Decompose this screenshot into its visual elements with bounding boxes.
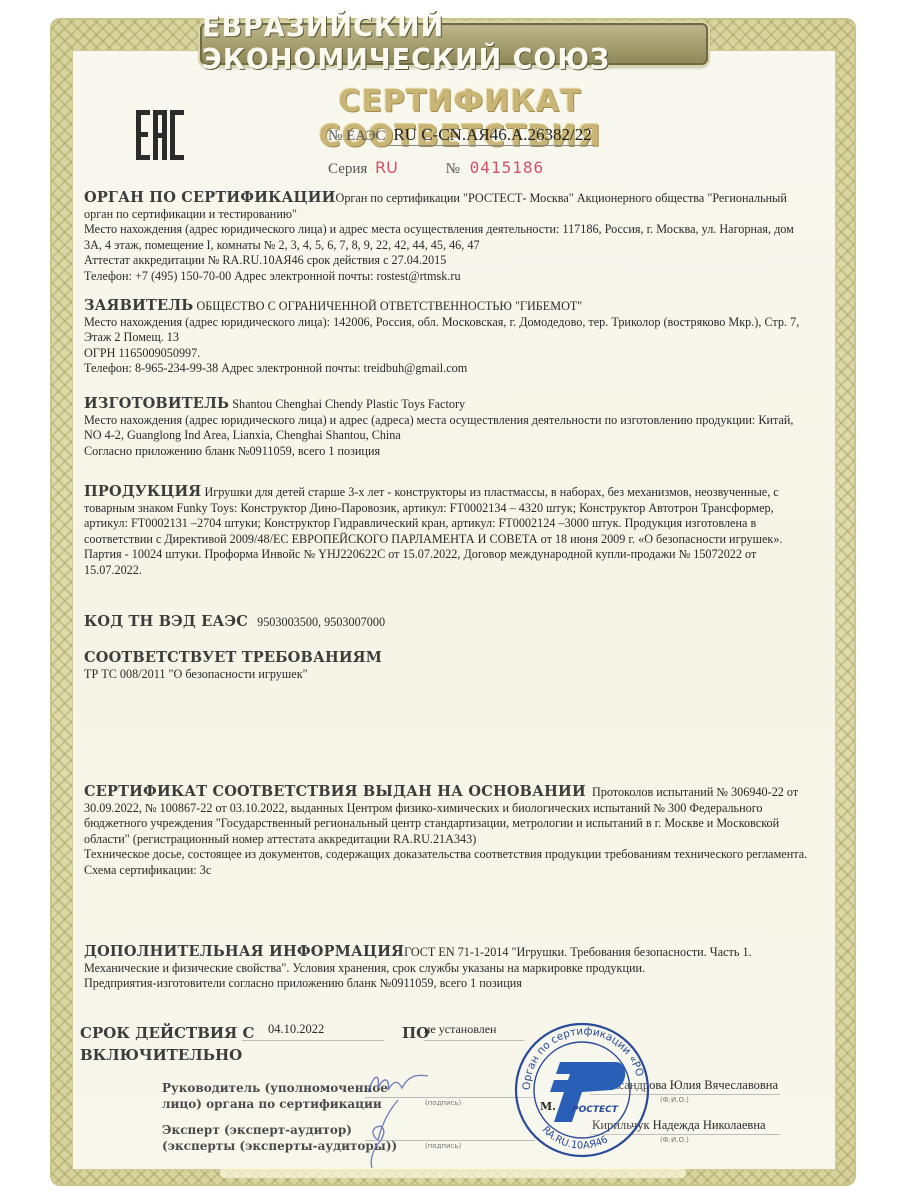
section-product: ПРОДУКЦИЯ Игрушки для детей старше 3-х л… — [82, 484, 812, 578]
validity-from-label: СРОК ДЕЙСТВИЯ С — [80, 1024, 254, 1042]
validity-from-value: 04.10.2022 — [268, 1022, 324, 1037]
expert-signature-icon — [358, 1096, 408, 1172]
reg-label: № ЕАЭС — [328, 128, 386, 144]
section-line: Согласно приложению бланк №0911059, всег… — [82, 444, 812, 460]
section-manufacturer: ИЗГОТОВИТЕЛЬ Shantou Chenghai Chendy Pla… — [82, 396, 812, 459]
section-heading: ИЗГОТОВИТЕЛЬ — [84, 395, 229, 412]
series-value: RU — [375, 158, 398, 177]
blank-label: № — [446, 161, 460, 177]
validity-to-underline — [424, 1040, 524, 1041]
section-heading: ПРОДУКЦИЯ — [84, 483, 201, 500]
section-line: Техническое досье, состоящее из документ… — [82, 847, 812, 863]
section-line: Предприятия-изготовители согласно прилож… — [82, 976, 812, 992]
section-line: Схема сертификации: 3с — [82, 863, 812, 879]
section-lead: Shantou Chenghai Chendy Plastic Toys Fac… — [232, 397, 465, 411]
validity-inclusive-label: ВКЛЮЧИТЕЛЬНО — [80, 1046, 242, 1064]
section-basis: СЕРТИФИКАТ СООТВЕТСТВИЯ ВЫДАН НА ОСНОВАН… — [82, 784, 812, 878]
section-tn-ved: КОД ТН ВЭД ЕАЭС 9503003500, 9503007000 — [82, 614, 812, 631]
blank-number: 0415186 — [470, 158, 544, 177]
section-heading: КОД ТН ВЭД ЕАЭС — [84, 613, 248, 630]
section-line: ОГРН 1165009050997. — [82, 346, 812, 362]
section-heading: ОРГАН ПО СЕРТИФИКАЦИИ — [84, 189, 336, 206]
reg-value: RU C-CN.АЯ46.А.26382/22 — [389, 125, 593, 146]
validity-from-underline — [242, 1040, 384, 1041]
section-requirements: СООТВЕТСТВУЕТ ТРЕБОВАНИЯМ ТР ТС 008/2011… — [82, 650, 812, 682]
section-line: Телефон: +7 (495) 150-70-00 Адрес электр… — [82, 269, 812, 285]
section-heading: СЕРТИФИКАТ СООТВЕТСТВИЯ ВЫДАН НА ОСНОВАН… — [84, 783, 586, 800]
stamp-logo-text: РОСТЕСТ — [572, 1105, 619, 1115]
section-heading: ДОПОЛНИТЕЛЬНАЯ ИНФОРМАЦИЯ — [84, 943, 404, 960]
section-additional-info: ДОПОЛНИТЕЛЬНАЯ ИНФОРМАЦИЯГОСТ EN 71-1-20… — [82, 944, 812, 992]
expert-signature-caption: (подпись) — [425, 1142, 461, 1150]
head-signatory-label: Руководитель (уполномоченное лицо) орган… — [162, 1080, 388, 1112]
union-banner: ЕВРАЗИЙСКИЙ ЭКОНОМИЧЕСКИЙ СОЮЗ — [200, 23, 708, 65]
head-name-caption: (Ф.И.О.) — [660, 1096, 689, 1104]
section-line: Аттестат аккредитации № RA.RU.10АЯ46 сро… — [82, 253, 812, 269]
section-applicant: ЗАЯВИТЕЛЬ ОБЩЕСТВО С ОГРАНИЧЕННОЙ ОТВЕТС… — [82, 298, 812, 377]
validity-to-value: не установлен — [424, 1022, 496, 1037]
section-line: Место нахождения (адрес юридического лиц… — [82, 315, 812, 346]
label-line: лицо) органа по сертификации — [162, 1096, 388, 1112]
stamp-logo-prefix: М. — [540, 1100, 556, 1113]
blank-series: Серия RU № 0415186 — [328, 158, 544, 178]
tn-ved-codes: 9503003500, 9503007000 — [257, 615, 385, 629]
series-label: Серия — [328, 161, 367, 177]
section-certification-body: ОРГАН ПО СЕРТИФИКАЦИИОрган по сертификац… — [82, 190, 812, 284]
label-line: Руководитель (уполномоченное — [162, 1080, 388, 1096]
section-lead: ОБЩЕСТВО С ОГРАНИЧЕННОЙ ОТВЕТСТВЕННОСТЬЮ… — [197, 299, 583, 313]
section-heading: ЗАЯВИТЕЛЬ — [84, 297, 193, 314]
section-heading: СООТВЕТСТВУЕТ ТРЕБОВАНИЯМ — [84, 649, 382, 666]
requirements-value: ТР ТС 008/2011 "О безопасности игрушек" — [82, 667, 812, 683]
printer-imprint — [220, 1168, 686, 1178]
section-line: Телефон: 8-965-234-99-38 Адрес электронн… — [82, 361, 812, 377]
registration-number: № ЕАЭС RU C-CN.АЯ46.А.26382/22 — [328, 125, 594, 145]
certification-stamp-icon: Орган по сертификации «РОСТЕСТ-Москва» R… — [512, 1012, 652, 1162]
expert-name-caption: (Ф.И.О.) — [660, 1136, 689, 1144]
eac-logo-icon — [136, 110, 184, 160]
section-line: Место нахождения (адрес юридического лиц… — [82, 413, 812, 444]
section-line: Место нахождения (адрес юридического лиц… — [82, 222, 812, 253]
section-line: Партия - 10024 штуки. Проформа Инвойс № … — [82, 547, 812, 578]
